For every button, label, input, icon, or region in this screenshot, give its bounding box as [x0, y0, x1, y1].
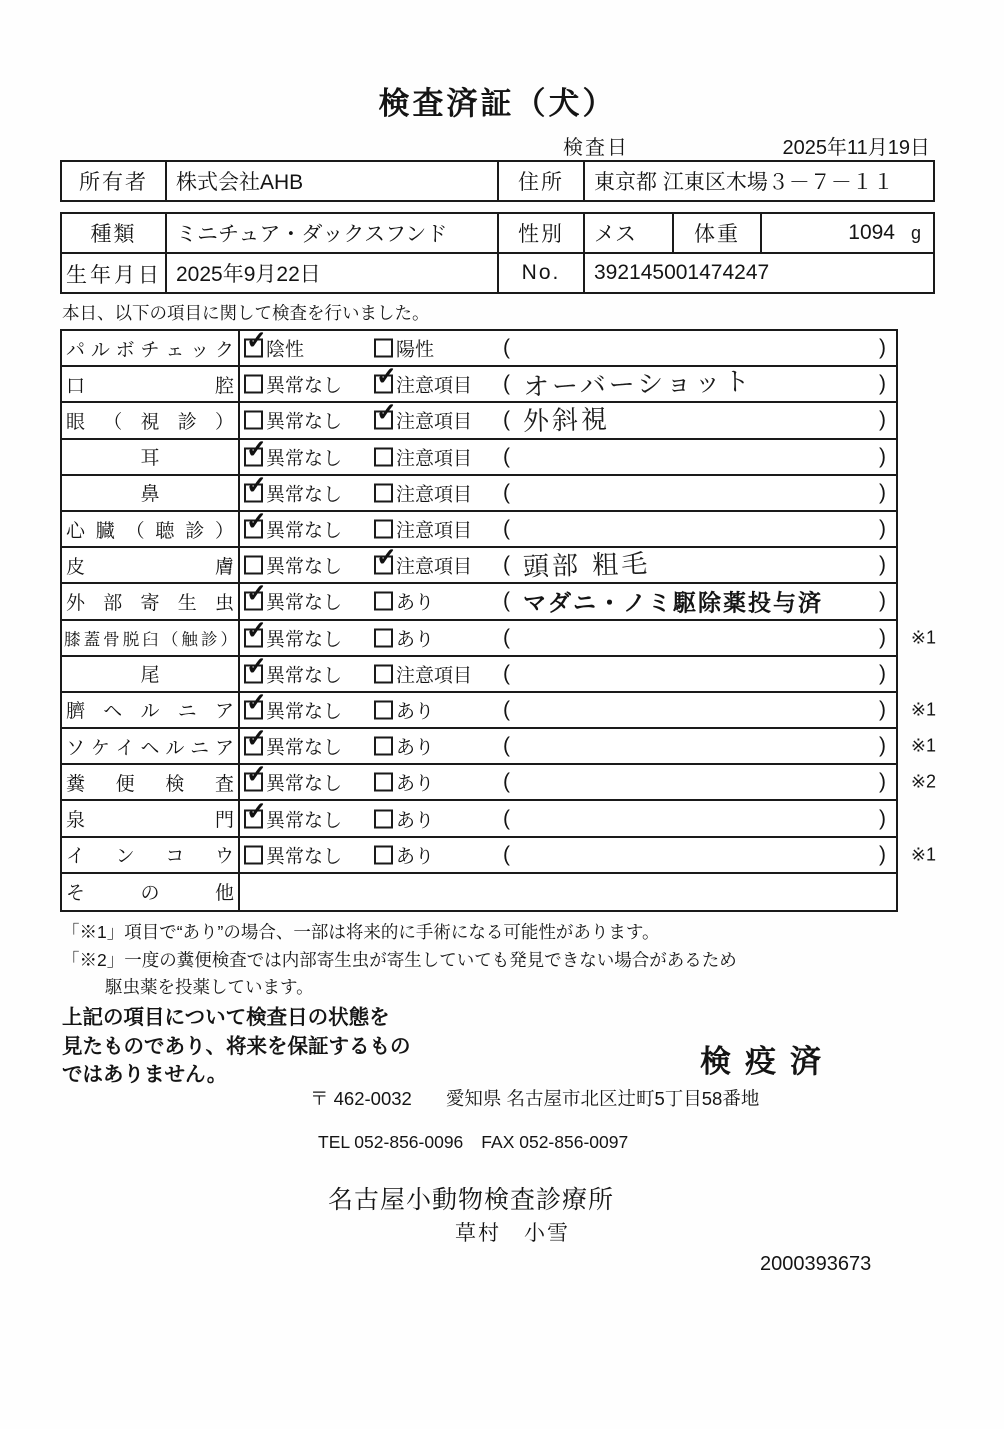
label-char: ェ	[165, 335, 184, 362]
row-content: ✓異常なしあり()	[240, 729, 896, 763]
label-char: 門	[215, 805, 234, 832]
open-paren: (	[503, 553, 510, 577]
row-label: パルボチェック	[62, 331, 240, 365]
inspection-row: ソケイヘルニア✓異常なしあり()※1	[62, 729, 896, 765]
row-label: 泉門	[62, 801, 240, 835]
close-paren: )	[879, 372, 886, 396]
weight-label: 体重	[672, 214, 760, 252]
row-content: ✓異常なしあり()	[240, 621, 896, 655]
open-paren: (	[503, 734, 510, 758]
label-char: 腔	[215, 371, 234, 398]
inspection-date-value: 2025年11月19日	[783, 131, 931, 160]
label-char: ニ	[190, 733, 209, 760]
label-char: そ	[66, 878, 85, 905]
option-2-label: 注意項目	[396, 660, 472, 687]
option-2-label: 注意項目	[396, 371, 472, 398]
label-char: 泉	[66, 805, 85, 832]
option-2-label: あり	[396, 805, 434, 832]
owner-value: 株式会社AHB	[165, 162, 497, 200]
label-char: 皮	[66, 552, 85, 579]
check-mark-icon: ✓	[246, 799, 267, 824]
close-paren: )	[879, 445, 886, 469]
checkbox-checked: ✓	[244, 628, 263, 647]
checkbox-unchecked	[374, 592, 393, 611]
row-content: ✓異常なしあり()	[240, 693, 896, 727]
option-1-label: 異常なし	[266, 552, 342, 579]
open-paren: (	[503, 589, 510, 613]
label-char: 蓋	[84, 626, 100, 650]
label-char: ）	[215, 516, 234, 543]
option-1-label: 異常なし	[266, 805, 342, 832]
checkbox-checked: ✓	[244, 700, 263, 719]
option-1: ✓異常なし	[244, 660, 342, 687]
species-value: ミニチュア・ダックスフンド	[165, 214, 497, 252]
row-label: 外部寄生虫	[62, 584, 240, 618]
reference-mark: ※2	[911, 772, 936, 793]
check-mark-icon: ✓	[246, 763, 267, 788]
label-char: イ	[116, 733, 135, 760]
label-char: ソ	[66, 733, 85, 760]
option-1-label: 異常なし	[266, 624, 342, 651]
no-value: 392145001474247	[583, 254, 933, 292]
clinic-address: 愛知県 名古屋市北区辻町5丁目58番地	[446, 1088, 760, 1109]
label-char: 臍	[66, 696, 85, 723]
label-char: 虫	[215, 588, 234, 615]
label-char: ニ	[178, 696, 197, 723]
checkbox-unchecked	[374, 773, 393, 792]
inspection-row: 尾✓異常なし注意項目()	[62, 657, 896, 693]
row-label: インコウ	[62, 838, 240, 872]
check-mark-icon: ✓	[246, 618, 267, 643]
option-1: ✓異常なし	[244, 624, 342, 651]
label-char: 外	[66, 588, 85, 615]
option-1-label: 異常なし	[266, 660, 342, 687]
option-1-label: 異常なし	[266, 696, 342, 723]
label-char: ヘ	[140, 733, 159, 760]
close-paren: )	[879, 698, 886, 722]
checkbox-checked: ✓	[374, 411, 393, 430]
checkbox-unchecked	[374, 447, 393, 466]
veterinarian-name: 草村 小雪	[455, 1217, 570, 1247]
close-paren: )	[879, 336, 886, 360]
label-char: 部	[103, 588, 122, 615]
check-mark-icon: ✓	[376, 401, 397, 426]
option-2: あり	[374, 696, 434, 723]
inspection-row: 心臓（聴診）✓異常なし注意項目()	[62, 512, 896, 548]
option-1-label: 異常なし	[266, 371, 342, 398]
serial-number: 2000393673	[760, 1253, 871, 1276]
option-2: 注意項目	[374, 479, 472, 506]
clinic-phone-line: TEL 052-856-0096FAX 052-856-0097	[318, 1132, 628, 1153]
row-content: ✓異常なし注意項目()	[240, 440, 896, 474]
option-2: あり	[374, 733, 434, 760]
page-title: 検査済証（犬）	[60, 78, 935, 123]
label-char: 生	[178, 588, 197, 615]
row-content: ✓異常なしあり(マダニ・ノミ駆除薬投与済)	[240, 584, 896, 618]
row-label: ソケイヘルニア	[62, 729, 240, 763]
open-paren: (	[503, 626, 510, 650]
close-paren: )	[879, 553, 886, 577]
birth-label: 生年月日	[62, 254, 165, 292]
label-char: 検	[165, 769, 184, 796]
certificate-page: 検査済証（犬） 検査日 2025年11月19日 所有者 株式会社AHB 住所 東…	[0, 0, 1004, 1429]
label-char: （	[126, 516, 145, 543]
checkbox-unchecked	[374, 845, 393, 864]
inspection-row: インコウ異常なしあり()※1	[62, 838, 896, 874]
option-2: あり	[374, 588, 434, 615]
option-1: ✓異常なし	[244, 588, 342, 615]
checkbox-checked: ✓	[244, 664, 263, 683]
disclaimer-text: 上記の項目について検査日の状態を 見たものであり、将来を保証するもの ではありま…	[62, 1004, 411, 1090]
inspection-row: 泉門✓異常なしあり()	[62, 801, 896, 837]
option-2-label: 注意項目	[396, 479, 472, 506]
no-label: No.	[497, 254, 583, 292]
label-char: ）	[221, 626, 237, 650]
open-paren: (	[503, 408, 510, 432]
open-paren: (	[503, 843, 510, 867]
label-char: 視	[140, 407, 159, 434]
label-char: ア	[215, 733, 234, 760]
label-char: 口	[66, 371, 85, 398]
label-char: ア	[215, 696, 234, 723]
check-mark-icon: ✓	[246, 582, 267, 607]
row-label: 糞便検査	[62, 765, 240, 799]
label-char: 骨	[103, 626, 119, 650]
row-content: ✓異常なしあり()	[240, 765, 896, 799]
label-char: ）	[215, 407, 234, 434]
row-content: 異常なし✓注意項目(外斜視)	[240, 403, 896, 437]
checkbox-unchecked	[374, 628, 393, 647]
option-2-label: 注意項目	[396, 516, 472, 543]
label-char: 便	[116, 769, 135, 796]
checkbox-checked: ✓	[244, 483, 263, 502]
label-char: 聴	[155, 516, 174, 543]
label-char: ル	[91, 335, 110, 362]
option-2-label: あり	[396, 769, 434, 796]
option-1-label: 異常なし	[266, 769, 342, 796]
option-2: あり	[374, 805, 434, 832]
inspection-date-label: 検査日	[563, 131, 629, 160]
label-char: 寄	[140, 588, 159, 615]
note-1: 「※1」項目で“あり”の場合、一部は将来的に手術になる可能性があります。	[62, 919, 660, 944]
inspection-row: 眼（視診）異常なし✓注意項目(外斜視)	[62, 403, 896, 439]
close-paren: )	[879, 734, 886, 758]
option-2-label: 注意項目	[396, 443, 472, 470]
option-2: あり	[374, 769, 434, 796]
option-1-label: 異常なし	[266, 479, 342, 506]
sex-value: メス	[583, 214, 672, 252]
open-paren: (	[503, 770, 510, 794]
row-value: マダニ・ノミ駆除薬投与済	[523, 585, 823, 618]
tel-number: TEL 052-856-0096	[318, 1132, 463, 1152]
checkbox-unchecked	[374, 700, 393, 719]
inspection-row: 皮膚異常なし✓注意項目(頭部 粗毛)	[62, 548, 896, 584]
row-content: ✓異常なし注意項目()	[240, 512, 896, 546]
label-char: （	[162, 626, 178, 650]
clinic-name: 名古屋小動物検査診療所	[328, 1180, 614, 1216]
open-paren: (	[503, 481, 510, 505]
label-char: チ	[140, 335, 159, 362]
option-1: 異常なし	[244, 407, 342, 434]
option-2: ✓注意項目	[374, 552, 472, 579]
option-1: ✓異常なし	[244, 805, 342, 832]
species-label: 種類	[62, 214, 165, 252]
species-row: 種類 ミニチュア・ダックスフンド 性別 メス 体重 1094 g	[62, 214, 933, 252]
label-char: の	[140, 878, 159, 905]
option-1-label: 異常なし	[266, 407, 342, 434]
option-2: ✓注意項目	[374, 371, 472, 398]
label-char: 心	[66, 516, 85, 543]
label-char: コ	[165, 841, 184, 868]
reference-mark: ※1	[911, 627, 936, 648]
option-1: 異常なし	[244, 371, 342, 398]
row-content: ✓異常なし注意項目()	[240, 657, 896, 691]
option-2: ✓注意項目	[374, 407, 472, 434]
row-label: 膝蓋骨脱臼（触診）	[62, 621, 240, 655]
fax-number: FAX 052-856-0097	[481, 1132, 628, 1152]
row-label: 臍ヘルニア	[62, 693, 240, 727]
inspection-row: 口腔異常なし✓注意項目(オーバーショット)	[62, 367, 896, 403]
clinic-address-line: 〒 462-0032愛知県 名古屋市北区辻町5丁目58番地	[310, 1085, 759, 1111]
animal-table: 種類 ミニチュア・ダックスフンド 性別 メス 体重 1094 g 生年月日 20…	[60, 212, 935, 294]
option-1-label: 異常なし	[266, 443, 342, 470]
option-2-label: あり	[396, 624, 434, 651]
row-content	[240, 874, 896, 910]
option-2: 注意項目	[374, 516, 472, 543]
checkbox-unchecked	[244, 411, 263, 430]
row-content: 異常なしあり()	[240, 838, 896, 872]
checkbox-checked: ✓	[244, 773, 263, 792]
check-mark-icon: ✓	[246, 329, 267, 354]
option-2-label: 注意項目	[396, 552, 472, 579]
option-1: ✓異常なし	[244, 769, 342, 796]
label-char: 診	[185, 516, 204, 543]
label-char: ク	[215, 335, 234, 362]
label-char: 診	[178, 407, 197, 434]
checkbox-checked: ✓	[244, 592, 263, 611]
sex-label: 性別	[497, 214, 583, 252]
check-mark-icon: ✓	[246, 473, 267, 498]
row-content: ✓陰性陽性()	[240, 331, 896, 365]
option-1-label: 異常なし	[266, 588, 342, 615]
row-content: 異常なし✓注意項目(オーバーショット)	[240, 367, 896, 401]
note-2: 「※2」一度の糞便検査では内部寄生虫が寄生していても発見できない場合があるため	[62, 947, 737, 972]
row-content: ✓異常なし注意項目()	[240, 476, 896, 510]
row-content: 異常なし✓注意項目(頭部 粗毛)	[240, 548, 896, 582]
checkbox-unchecked	[374, 483, 393, 502]
address-value: 東京都 江東区木場３－７－１１	[583, 162, 933, 200]
option-1-label: 異常なし	[266, 841, 342, 868]
checkbox-unchecked	[374, 664, 393, 683]
row-label: 耳	[62, 440, 240, 474]
option-2: 陽性	[374, 335, 434, 362]
close-paren: )	[879, 517, 886, 541]
label-char: 触	[181, 626, 197, 650]
label-char: 糞	[66, 769, 85, 796]
option-1: ✓陰性	[244, 335, 304, 362]
label-char: 他	[215, 878, 234, 905]
open-paren: (	[503, 336, 510, 360]
label-char: ケ	[91, 733, 110, 760]
checkbox-unchecked	[374, 809, 393, 828]
owner-label: 所有者	[62, 162, 165, 200]
label-char: 膝	[64, 626, 80, 650]
option-2-label: あり	[396, 588, 434, 615]
row-label: 口腔	[62, 367, 240, 401]
open-paren: (	[503, 807, 510, 831]
open-paren: (	[503, 662, 510, 686]
check-mark-icon: ✓	[246, 654, 267, 679]
option-2-label: あり	[396, 696, 434, 723]
checkbox-checked: ✓	[244, 447, 263, 466]
close-paren: )	[879, 589, 886, 613]
option-2-label: あり	[396, 733, 434, 760]
option-1: 異常なし	[244, 841, 342, 868]
row-value: オーバーショット	[523, 361, 754, 404]
intro-text: 本日、以下の項目に関して検査を行いました。	[62, 300, 430, 325]
open-paren: (	[503, 445, 510, 469]
row-label: 尾	[62, 657, 240, 691]
checkbox-checked: ✓	[244, 520, 263, 539]
address-label: 住所	[497, 162, 583, 200]
owner-table: 所有者 株式会社AHB 住所 東京都 江東区木場３－７－１１	[60, 160, 935, 202]
weight-unit: g	[911, 223, 921, 244]
option-1: ✓異常なし	[244, 479, 342, 506]
check-mark-icon: ✓	[376, 365, 397, 390]
owner-row: 所有者 株式会社AHB 住所 東京都 江東区木場３－７－１１	[62, 162, 933, 200]
close-paren: )	[879, 843, 886, 867]
quarantine-stamp: 検疫済	[700, 1036, 835, 1081]
close-paren: )	[879, 770, 886, 794]
reference-mark: ※1	[911, 699, 936, 720]
check-mark-icon: ✓	[376, 546, 397, 571]
reference-mark: ※1	[911, 736, 936, 757]
option-2: あり	[374, 841, 434, 868]
birth-row: 生年月日 2025年9月22日 No. 392145001474247	[62, 252, 933, 292]
option-1-label: 陰性	[266, 335, 304, 362]
checkbox-checked: ✓	[244, 737, 263, 756]
note-2-continuation: 駆虫薬を投薬しています。	[105, 974, 314, 999]
checkbox-checked: ✓	[374, 556, 393, 575]
option-1: ✓異常なし	[244, 733, 342, 760]
weight-value-cell: 1094 g	[760, 214, 933, 252]
open-paren: (	[503, 372, 510, 396]
option-1-label: 異常なし	[266, 516, 342, 543]
check-mark-icon: ✓	[246, 437, 267, 462]
weight-value: 1094	[848, 221, 895, 245]
row-label: 眼（視診）	[62, 403, 240, 437]
label-char: 臓	[96, 516, 115, 543]
label-char: 臼	[142, 626, 158, 650]
row-value: 頭部 粗毛	[523, 544, 651, 584]
label-char: ル	[140, 696, 159, 723]
check-mark-icon: ✓	[246, 690, 267, 715]
inspection-row: 外部寄生虫✓異常なしあり(マダニ・ノミ駆除薬投与済)	[62, 584, 896, 620]
label-char: 脱	[123, 626, 139, 650]
option-1: ✓異常なし	[244, 443, 342, 470]
label-char: ッ	[190, 335, 209, 362]
inspection-row: 膝蓋骨脱臼（触診）✓異常なしあり()※1	[62, 621, 896, 657]
option-2-label: 陽性	[396, 335, 434, 362]
label-char: （	[103, 407, 122, 434]
label-char: ン	[116, 841, 135, 868]
option-1: 異常なし	[244, 552, 342, 579]
row-content: ✓異常なしあり()	[240, 801, 896, 835]
checkbox-unchecked	[244, 556, 263, 575]
close-paren: )	[879, 408, 886, 432]
label-char: 膚	[215, 552, 234, 579]
checkbox-unchecked	[374, 339, 393, 358]
open-paren: (	[503, 517, 510, 541]
close-paren: )	[879, 662, 886, 686]
birth-value: 2025年9月22日	[165, 254, 497, 292]
checkbox-unchecked	[374, 520, 393, 539]
inspection-row: 耳✓異常なし注意項目()	[62, 440, 896, 476]
label-char: パ	[66, 335, 85, 362]
checkbox-checked: ✓	[244, 339, 263, 358]
inspection-row: 臍ヘルニア✓異常なしあり()※1	[62, 693, 896, 729]
label-char: ボ	[116, 335, 135, 362]
option-2-label: 注意項目	[396, 407, 472, 434]
inspection-row: 糞便検査✓異常なしあり()※2	[62, 765, 896, 801]
reference-mark: ※1	[911, 844, 936, 865]
label-char: ル	[165, 733, 184, 760]
label-char: ヘ	[103, 696, 122, 723]
inspection-row: その他	[62, 874, 896, 910]
check-mark-icon: ✓	[246, 727, 267, 752]
option-1: ✓異常なし	[244, 516, 342, 543]
close-paren: )	[879, 807, 886, 831]
option-2-label: あり	[396, 841, 434, 868]
row-label: 心臓（聴診）	[62, 512, 240, 546]
inspection-row: パルボチェック✓陰性陽性()	[62, 331, 896, 367]
checkbox-unchecked	[374, 737, 393, 756]
option-1: ✓異常なし	[244, 696, 342, 723]
option-2: 注意項目	[374, 660, 472, 687]
close-paren: )	[879, 481, 886, 505]
option-1-label: 異常なし	[266, 733, 342, 760]
label-char: 眼	[66, 407, 85, 434]
open-paren: (	[503, 698, 510, 722]
row-label: 皮膚	[62, 548, 240, 582]
row-value: 外斜視	[523, 399, 611, 438]
inspection-table: パルボチェック✓陰性陽性()口腔異常なし✓注意項目(オーバーショット)眼（視診）…	[60, 329, 898, 912]
checkbox-unchecked	[244, 845, 263, 864]
checkbox-unchecked	[244, 375, 263, 394]
label-char: ウ	[215, 841, 234, 868]
checkbox-checked: ✓	[244, 809, 263, 828]
inspection-row: 鼻✓異常なし注意項目()	[62, 476, 896, 512]
label-char: 査	[215, 769, 234, 796]
check-mark-icon: ✓	[246, 510, 267, 535]
row-label: 鼻	[62, 476, 240, 510]
close-paren: )	[879, 626, 886, 650]
postal-code: 〒 462-0032	[310, 1088, 412, 1109]
label-char: イ	[66, 841, 85, 868]
row-label: その他	[62, 874, 240, 910]
option-2: 注意項目	[374, 443, 472, 470]
label-char: 診	[201, 626, 217, 650]
checkbox-checked: ✓	[374, 375, 393, 394]
option-2: あり	[374, 624, 434, 651]
